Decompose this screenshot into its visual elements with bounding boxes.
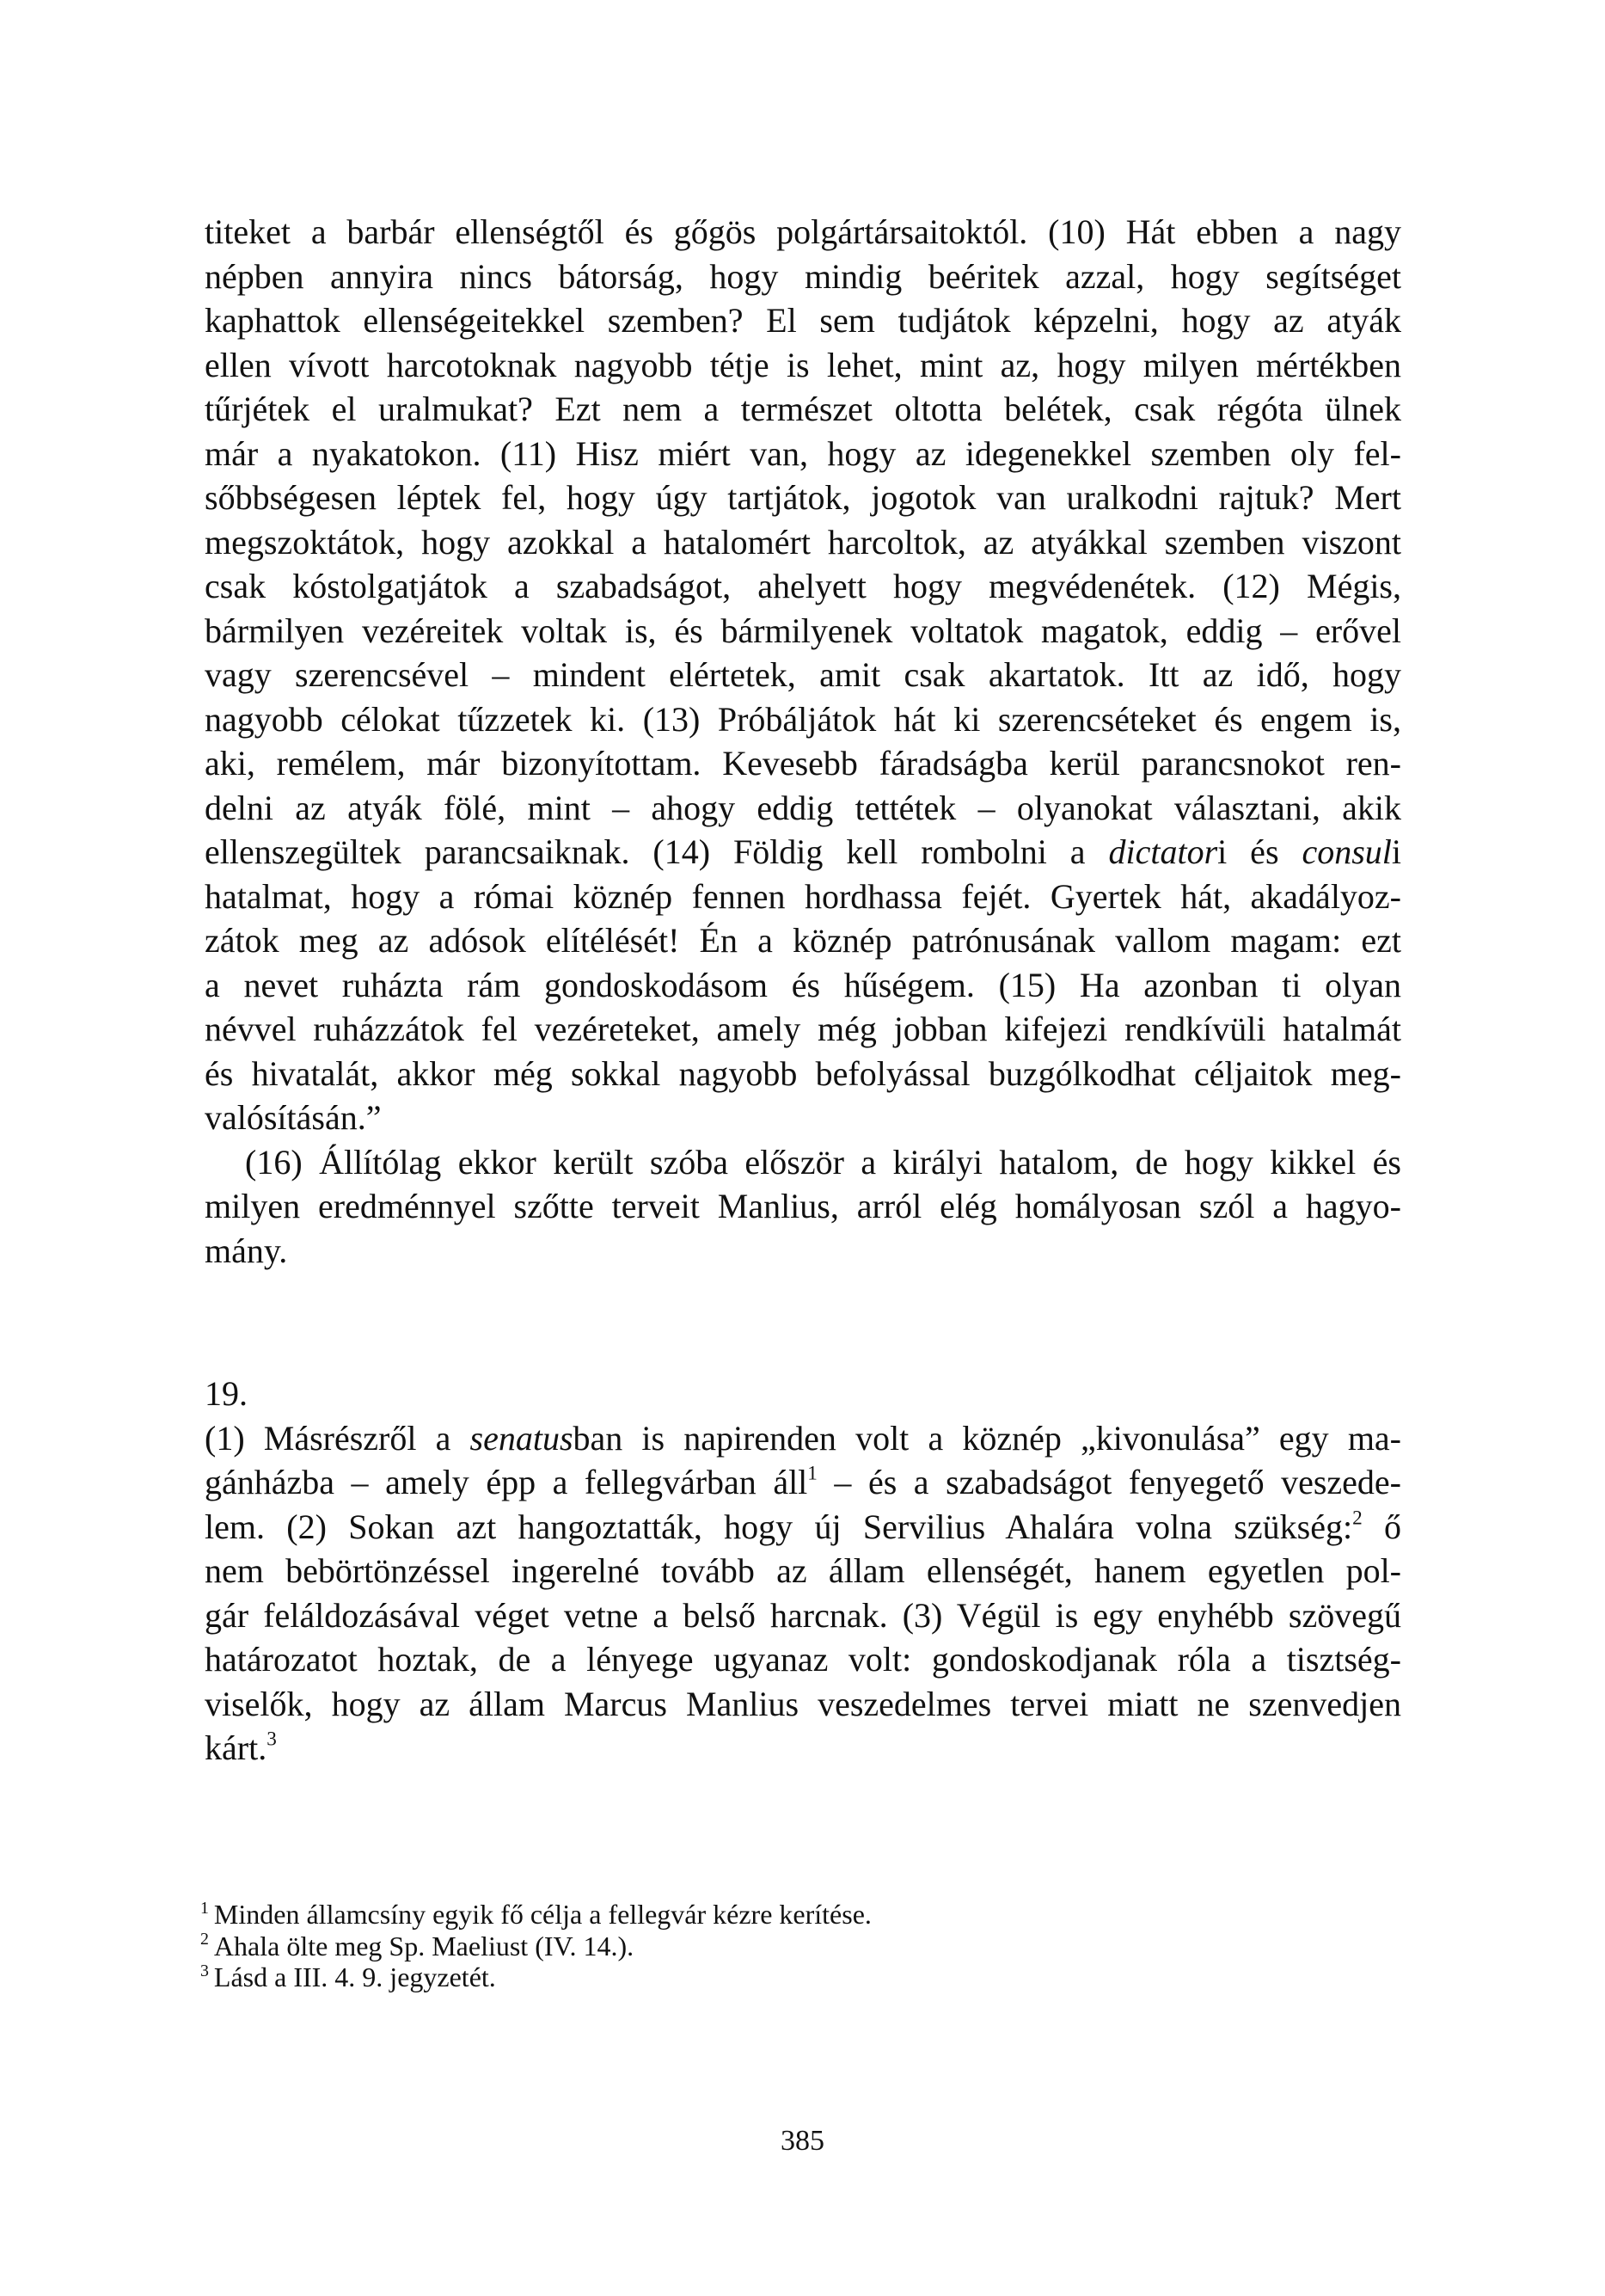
italic-term: senatus bbox=[470, 1419, 573, 1458]
text-line: mány. bbox=[205, 1229, 1401, 1274]
italic-term: consul bbox=[1302, 832, 1391, 871]
text-line: gár feláldozásával véget vetne a belső h… bbox=[205, 1593, 1401, 1638]
text-line: már a nyakatokon. (11) Hisz miért van, h… bbox=[205, 432, 1401, 476]
text-line: ellen vívott harcotoknak nagyobb tétje i… bbox=[205, 343, 1401, 388]
book-page: titeket a barbár ellenségtől és gőgös po… bbox=[0, 0, 1605, 2296]
text-line: (16) Állítólag ekkor került szóba előszö… bbox=[205, 1140, 1401, 1185]
text-line: ellenszegültek parancsaiknak. (14) Földi… bbox=[205, 830, 1401, 875]
footnote-reference[interactable]: 1 bbox=[807, 1462, 818, 1484]
section-19-body: (1) Másrészről a senatusban is napirende… bbox=[205, 1416, 1401, 1771]
text-line: a nevet ruházta rám gondoskodásom és hűs… bbox=[205, 963, 1401, 1008]
footnotes: 1Minden államcsíny egyik fő célja a fell… bbox=[200, 1899, 1397, 1993]
text-line: hatalmat, hogy a római köznép fennen hor… bbox=[205, 875, 1401, 919]
text-line: kárt.3 bbox=[205, 1726, 1401, 1771]
section-gap bbox=[205, 1273, 1401, 1372]
footnote-number: 3 bbox=[200, 1961, 209, 1980]
text-line: kaphattok ellenségeitekkel szemben? El s… bbox=[205, 298, 1401, 343]
page-number: 385 bbox=[0, 2124, 1605, 2158]
text-line: lem. (2) Sokan azt hangoztatták, hogy új… bbox=[205, 1505, 1401, 1550]
text-line: titeket a barbár ellenségtől és gőgös po… bbox=[205, 210, 1401, 255]
text-line: és hivatalát, akkor még sokkal nagyobb b… bbox=[205, 1052, 1401, 1096]
footnote-reference[interactable]: 2 bbox=[1352, 1507, 1363, 1529]
text-line: vagy szerencsével – mindent elértetek, a… bbox=[205, 653, 1401, 697]
footnote-text: Ahala ölte meg Sp. Maeliust (IV. 14.). bbox=[214, 1931, 634, 1961]
footnote-number: 1 bbox=[200, 1899, 209, 1918]
text-line: népben annyira nincs bátorság, hogy mind… bbox=[205, 255, 1401, 299]
section-number-heading: 19. bbox=[205, 1372, 1401, 1416]
text-line: aki, remélem, már bizonyítottam. Keveseb… bbox=[205, 741, 1401, 786]
text-line: nagyobb célokat tűzzetek ki. (13) Próbál… bbox=[205, 697, 1401, 742]
text-line: nem bebörtönzéssel ingerelné tovább az á… bbox=[205, 1549, 1401, 1593]
text-line: megszoktátok, hogy azokkal a hatalomért … bbox=[205, 520, 1401, 565]
paragraph-continued-speech: titeket a barbár ellenségtől és gőgös po… bbox=[205, 210, 1401, 1140]
text-line: zátok meg az adósok elítélését! Én a köz… bbox=[205, 918, 1401, 963]
text-line: delni az atyák fölé, mint – ahogy eddig … bbox=[205, 786, 1401, 831]
text-line: csak kóstolgatjátok a szabadságot, ahely… bbox=[205, 564, 1401, 609]
footnote-item: 2Ahala ölte meg Sp. Maeliust (IV. 14.). bbox=[200, 1931, 1397, 1962]
text-line: valósításán.” bbox=[205, 1096, 1401, 1140]
text-line: (1) Másrészről a senatusban is napirende… bbox=[205, 1416, 1401, 1461]
text-line: névvel ruházzátok fel vezéreteket, amely… bbox=[205, 1007, 1401, 1052]
text-line: bármilyen vezéreitek voltak is, és bármi… bbox=[205, 609, 1401, 654]
main-text-block: titeket a barbár ellenségtől és gőgös po… bbox=[205, 210, 1401, 1771]
text-line: tűrjétek el uralmukat? Ezt nem a termész… bbox=[205, 387, 1401, 432]
footnote-number: 2 bbox=[200, 1930, 209, 1949]
paragraph-16: (16) Állítólag ekkor került szóba előszö… bbox=[205, 1140, 1401, 1274]
italic-term: dictator bbox=[1108, 832, 1217, 871]
footnote-item: 1Minden államcsíny egyik fő célja a fell… bbox=[200, 1899, 1397, 1931]
footnote-text: Lásd a III. 4. 9. jegyzetét. bbox=[214, 1961, 496, 1992]
footnote-reference[interactable]: 3 bbox=[266, 1728, 277, 1750]
text-line: gánházba – amely épp a fellegvárban áll1… bbox=[205, 1460, 1401, 1505]
text-line: viselők, hogy az állam Marcus Manlius ve… bbox=[205, 1682, 1401, 1727]
text-line: milyen eredménnyel szőtte terveit Manliu… bbox=[205, 1184, 1401, 1229]
text-line: határozatot hoztak, de a lényege ugyanaz… bbox=[205, 1637, 1401, 1682]
footnote-text: Minden államcsíny egyik fő célja a felle… bbox=[214, 1899, 872, 1930]
text-line: sőbbségesen léptek fel, hogy úgy tartját… bbox=[205, 476, 1401, 520]
footnote-item: 3Lásd a III. 4. 9. jegyzetét. bbox=[200, 1961, 1397, 1993]
